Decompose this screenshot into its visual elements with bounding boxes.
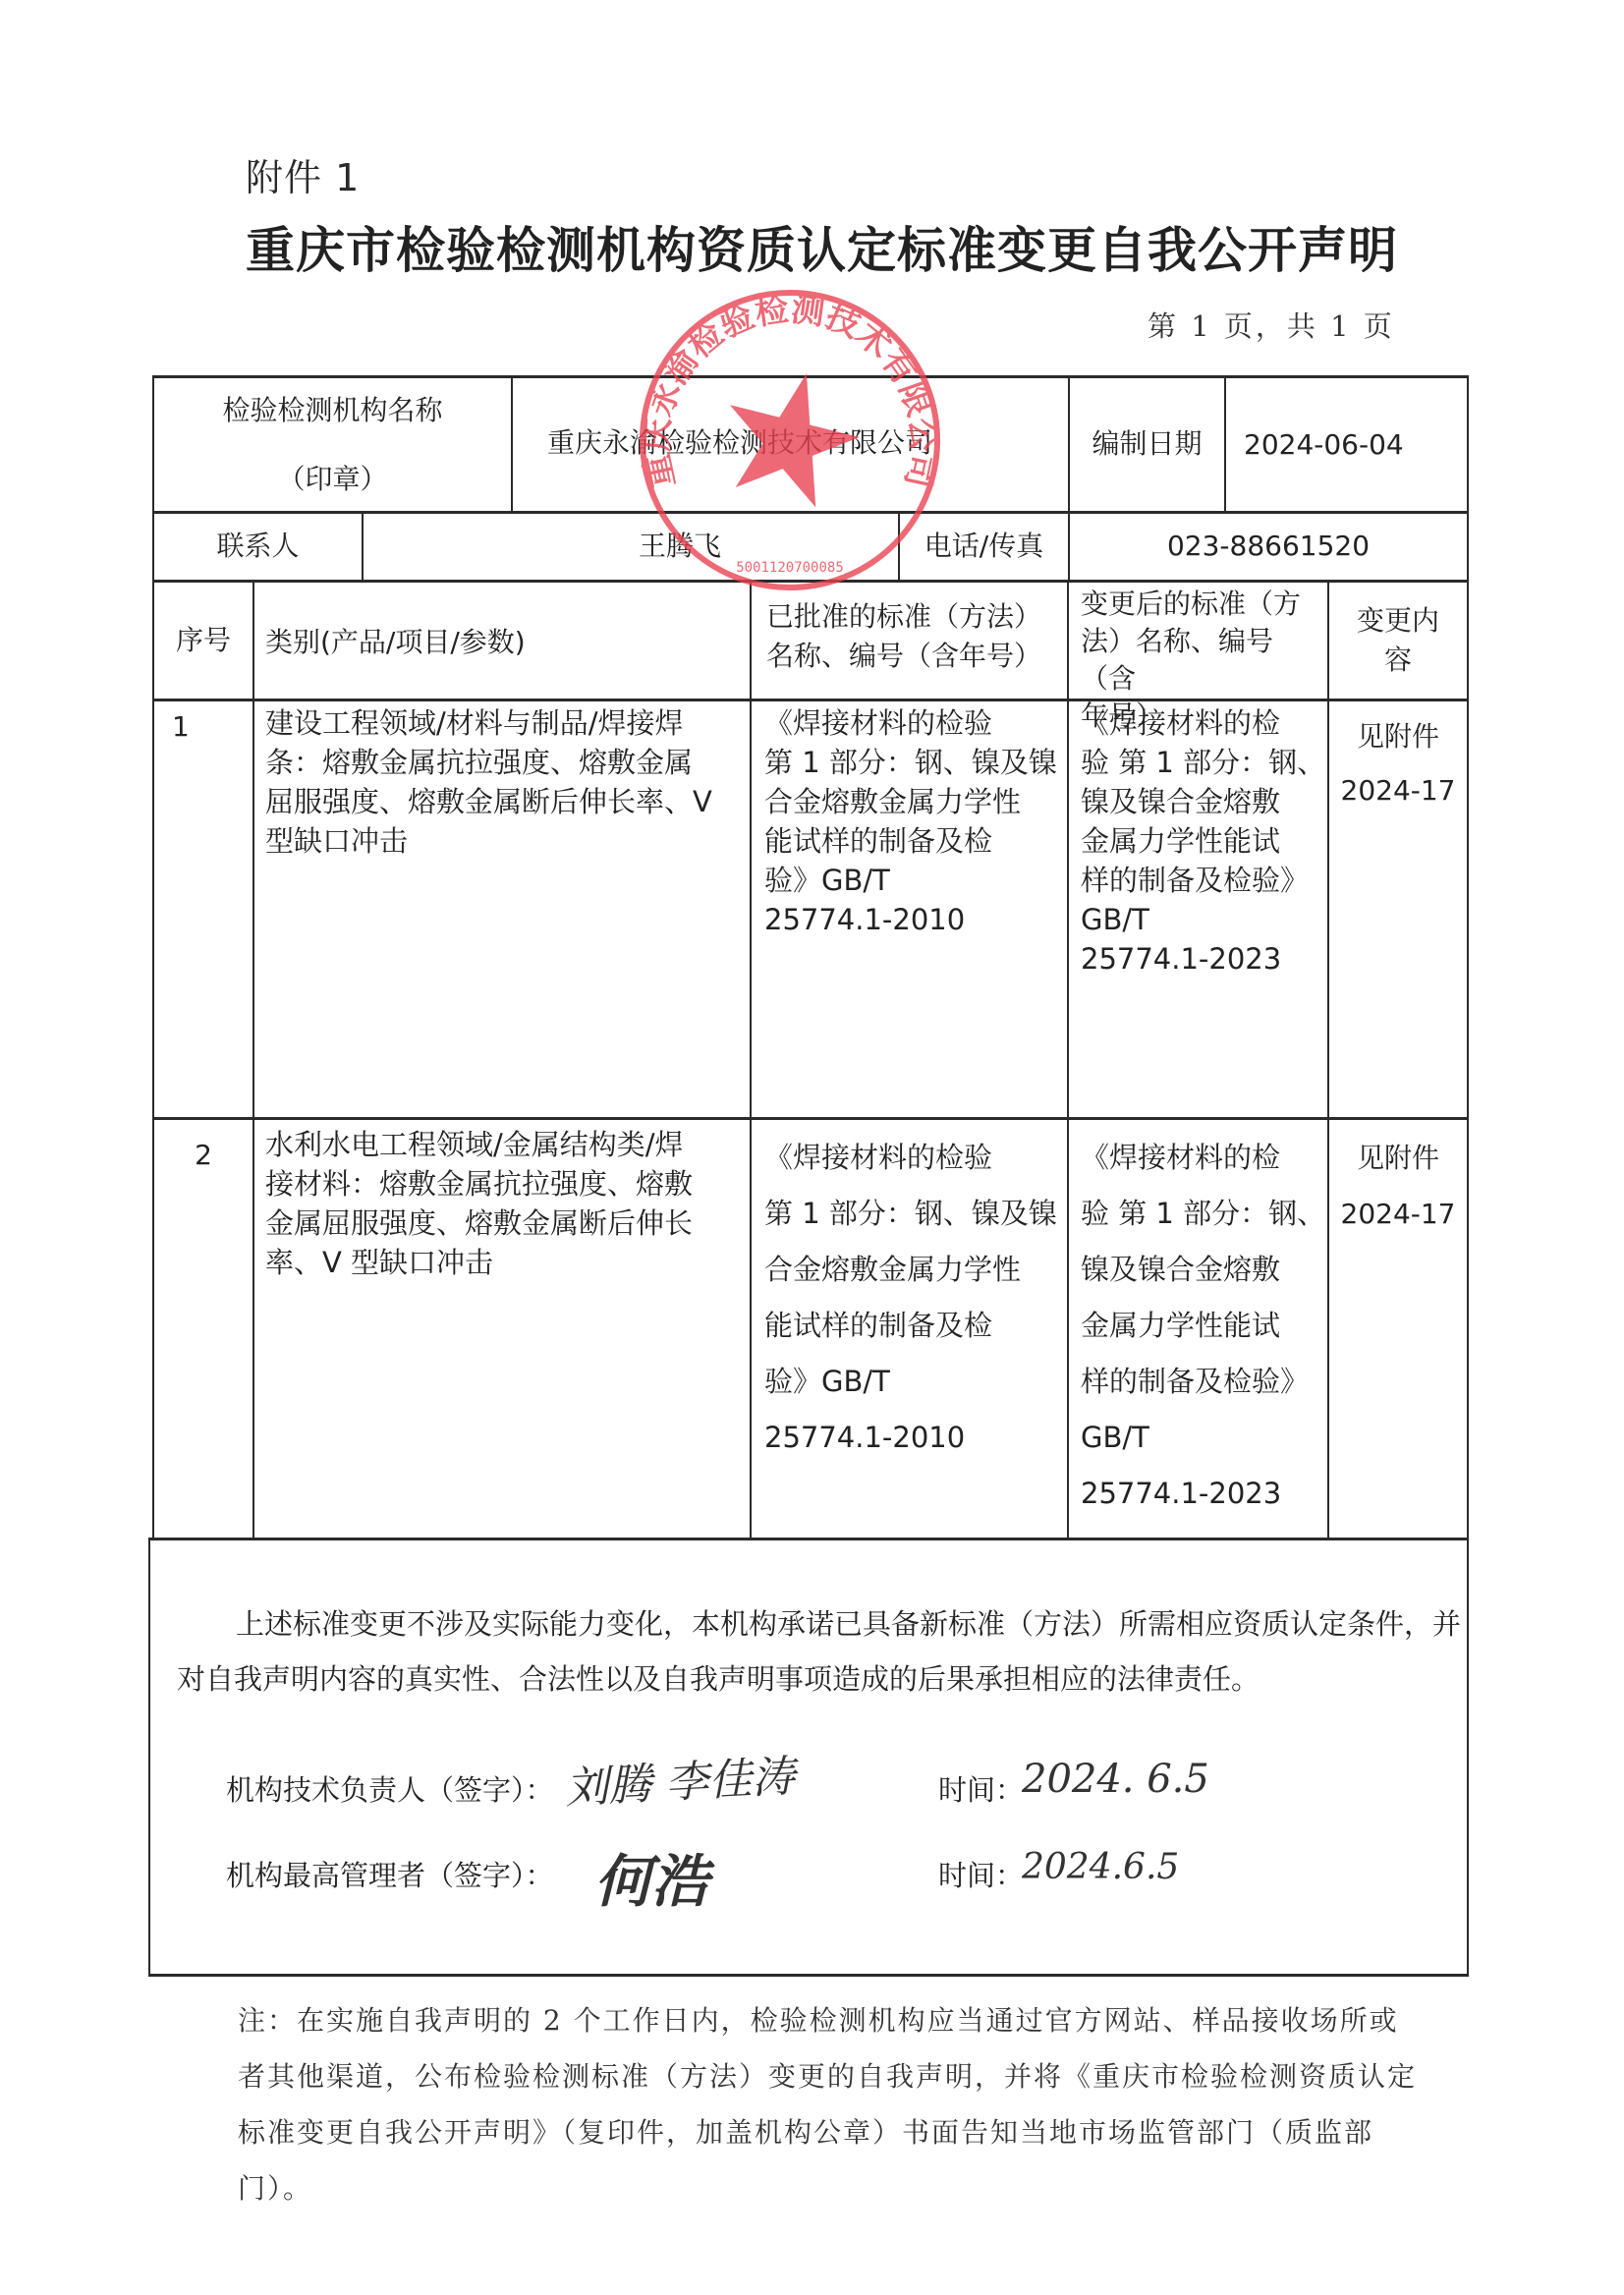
declaration-text: 上述标准变更不涉及实际能力变化，本机构承诺已具备新标准（方法）所需相应资质认定条… — [177, 1596, 1464, 1707]
row-category-line: 接材料：熔敷金属抗拉强度、熔敷 — [265, 1164, 747, 1203]
tech-lead-time-label: 时间： — [938, 1768, 1024, 1809]
row-divider — [152, 1117, 1469, 1120]
row-approved-line: 第 1 部分：钢、镍及镍 — [764, 743, 1064, 782]
col-divider — [750, 580, 752, 1539]
row-changed-line: 验 第 1 部分：钢、 — [1081, 1186, 1326, 1242]
row-changed-standard: 《焊接材料的检 验 第 1 部分：钢、 镍及镍合金熔敷 金属力学性能试 样的制备… — [1081, 1130, 1326, 1522]
row-changed-line: 《焊接材料的检 — [1081, 1130, 1326, 1186]
table-border-bottom — [148, 1974, 1469, 1977]
contact-value: 王腾飞 — [364, 513, 898, 580]
row-category-line: 型缺口冲击 — [265, 821, 747, 861]
document-title: 重庆市检验检测机构资质认定标准变更自我公开声明 — [246, 211, 1398, 282]
row-changed-line: 验 第 1 部分：钢、 — [1081, 743, 1326, 782]
row-changed-line: 镍及镍合金熔敷 — [1081, 782, 1326, 821]
row-category-line: 屈服强度、熔敷金属断后伸长率、V — [265, 782, 747, 821]
row-changed-line: GB/T — [1081, 900, 1326, 939]
row-seq: 2 — [154, 1138, 252, 1173]
row-changed-line: 《焊接材料的检 — [1081, 703, 1326, 743]
col-header-category: 类别(产品/项目/参数) — [265, 625, 747, 660]
table-border-left — [148, 1538, 150, 1976]
org-name-label: 检验检测机构名称 （印章） — [154, 378, 511, 511]
phone-label: 电话/传真 — [900, 513, 1068, 580]
row-category: 水利水电工程领域/金属结构类/焊 接材料：熔敷金属抗拉强度、熔敷 金属屈服强度、… — [265, 1125, 747, 1282]
org-name-value: 重庆永渝检验检测技术有限公司 — [547, 425, 1058, 461]
row-changed-line: 25774.1-2023 — [1081, 939, 1326, 979]
top-manager-time: 2024.6.5 — [1022, 1847, 1179, 1887]
row-approved-line: 第 1 部分：钢、镍及镍 — [764, 1186, 1064, 1242]
page-indicator: 第 1 页，共 1 页 — [1148, 305, 1395, 345]
col-header-changed-line: 变更后的标准（方 — [1081, 586, 1326, 623]
row-content-line: 见附件 — [1329, 1130, 1467, 1186]
contact-label: 联系人 — [154, 513, 362, 580]
row-category-line: 建设工程领域/材料与制品/焊接焊 — [265, 703, 747, 743]
top-manager-signature-label: 机构最高管理者（签字）： — [226, 1854, 554, 1894]
row-approved-standard: 《焊接材料的检验 第 1 部分：钢、镍及镍 合金熔敷金属力学性 能试样的制备及检… — [764, 1130, 1064, 1466]
row-divider — [152, 580, 1469, 583]
row-changed-line: 样的制备及检验》 — [1081, 861, 1326, 900]
row-approved-line: 能试样的制备及检 — [764, 821, 1064, 861]
compile-date-value: 2024-06-04 — [1244, 427, 1460, 463]
row-divider — [150, 1538, 1469, 1540]
col-divider — [1224, 375, 1226, 513]
row-changed-line: GB/T — [1081, 1410, 1326, 1466]
tech-lead-signature-label: 机构技术负责人（签字）： — [226, 1768, 554, 1809]
top-manager-signature: 何浩 — [594, 1835, 708, 1918]
row-content-line: 2024-17 — [1329, 763, 1467, 817]
row-approved-line: 《焊接材料的检验 — [764, 703, 1064, 743]
row-approved-line: 《焊接材料的检验 — [764, 1130, 1064, 1186]
row-approved-line: 25774.1-2010 — [764, 1410, 1064, 1466]
row-approved-line: 验》GB/T — [764, 1354, 1064, 1410]
col-header-content-line: 容 — [1384, 641, 1412, 680]
row-changed-line: 镍及镍合金熔敷 — [1081, 1242, 1326, 1298]
row-category-line: 金属屈服强度、熔敷金属断后伸长 — [265, 1203, 747, 1243]
col-header-seq: 序号 — [154, 583, 252, 699]
row-approved-line: 合金熔敷金属力学性 — [764, 782, 1064, 821]
row-content-line: 见附件 — [1329, 709, 1467, 763]
col-divider — [1067, 580, 1069, 1539]
attachment-label: 附件 1 — [246, 147, 360, 201]
row-approved-line: 能试样的制备及检 — [764, 1298, 1064, 1354]
col-header-approved-line: 名称、编号（含年号） — [766, 637, 1061, 676]
row-category-line: 水利水电工程领域/金属结构类/焊 — [265, 1125, 747, 1164]
table-border-right — [1467, 375, 1469, 1976]
row-change-content: 见附件 2024-17 — [1329, 1130, 1467, 1242]
row-category-line: 条：熔敷金属抗拉强度、熔敷金属 — [265, 743, 747, 782]
row-content-line: 2024-17 — [1329, 1186, 1467, 1242]
col-header-approved-line: 已批准的标准（方法） — [766, 597, 1061, 637]
org-name-label-line1: 检验检测机构名称 — [222, 376, 442, 445]
col-header-changed-line: 法）名称、编号（含 — [1081, 623, 1326, 698]
col-divider — [252, 580, 254, 1539]
col-header-content-line: 变更内 — [1357, 601, 1439, 641]
row-approved-line: 合金熔敷金属力学性 — [764, 1242, 1064, 1298]
row-changed-line: 样的制备及检验》 — [1081, 1354, 1326, 1410]
col-header-content: 变更内 容 — [1329, 583, 1467, 699]
row-change-content: 见附件 2024-17 — [1329, 709, 1467, 817]
row-category-line: 率、V 型缺口冲击 — [265, 1243, 747, 1282]
row-category: 建设工程领域/材料与制品/焊接焊 条：熔敷金属抗拉强度、熔敷金属 屈服强度、熔敷… — [265, 703, 747, 861]
tech-lead-signature: 刘腾 李佳涛 — [563, 1741, 796, 1816]
row-changed-line: 金属力学性能试 — [1081, 1298, 1326, 1354]
compile-date-label: 编制日期 — [1070, 378, 1224, 511]
tech-lead-time: 2024. 6.5 — [1022, 1757, 1209, 1802]
row-changed-line: 25774.1-2023 — [1081, 1466, 1326, 1522]
footnote: 注：在实施自我声明的 2 个工作日内，检验检测机构应当通过官方网站、样品接收场所… — [238, 1992, 1417, 2216]
org-seal-label: （印章） — [277, 445, 387, 514]
top-manager-time-label: 时间： — [938, 1854, 1024, 1894]
col-divider — [511, 375, 513, 513]
row-approved-line: 25774.1-2010 — [764, 900, 1064, 939]
row-changed-line: 金属力学性能试 — [1081, 821, 1326, 861]
row-approved-standard: 《焊接材料的检验 第 1 部分：钢、镍及镍 合金熔敷金属力学性 能试样的制备及检… — [764, 703, 1064, 939]
row-approved-line: 验》GB/T — [764, 861, 1064, 900]
row-changed-standard: 《焊接材料的检 验 第 1 部分：钢、 镍及镍合金熔敷 金属力学性能试 样的制备… — [1081, 703, 1326, 979]
phone-value: 023-88661520 — [1070, 513, 1467, 580]
row-seq: 1 — [172, 709, 190, 745]
col-header-approved: 已批准的标准（方法） 名称、编号（含年号） — [766, 597, 1061, 676]
